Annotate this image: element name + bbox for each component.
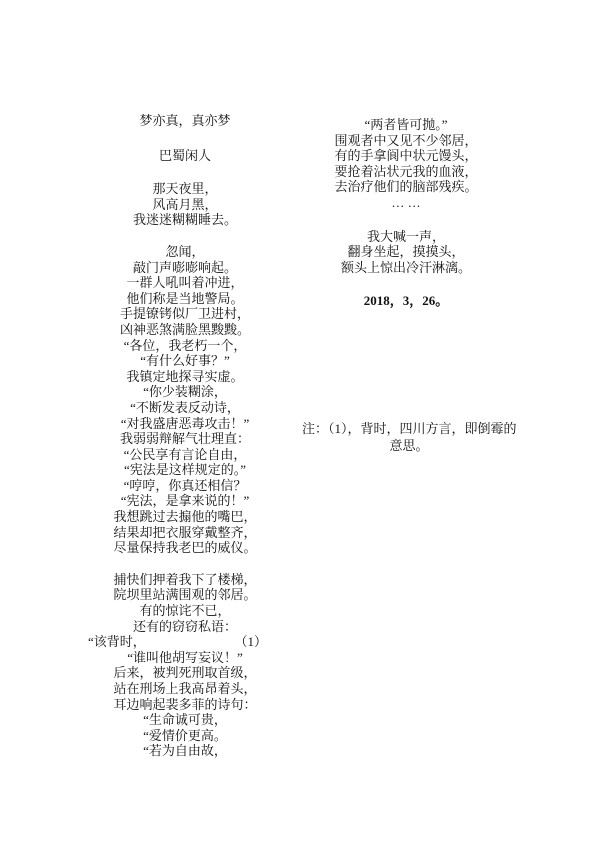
poem-line: 风高月黑， (60, 197, 310, 213)
poem-right-column: “两者皆可抛。”围观者中又见不少邻居，有的手拿阆中状元馒头，要抢着沾状元我的血液… (300, 117, 512, 309)
poem-line: 敲门声嘭嘭响起。 (60, 260, 310, 276)
poem-line: 翻身坐起，摸摸头， (300, 244, 512, 260)
stanza-3-part-b: “谁叫他胡写妄议！”后来，被判死刑取首级，站在刑场上我高昂着头，耳边响起裴多菲的… (60, 650, 310, 759)
document-page: 梦亦真，真亦梦 巴蜀闲人 那天夜里，风高月黑，我迷迷糊糊睡去。 忽闻，敲门声嘭嘭… (0, 0, 600, 849)
poem-line: 有的惊诧不已， (60, 603, 310, 619)
poem-line: “两者皆可抛。” (300, 117, 512, 133)
poem-line: 后来，被判死刑取首级， (60, 665, 310, 681)
poem-line: 站在刑场上我高昂着头， (60, 681, 310, 697)
footnote-line-1: 注：（1），背时，四川方言，即倒霉的 (302, 420, 516, 437)
footnote-ref-line: “该背时， （1） (60, 634, 310, 650)
poem-line: “你少装糊涂， (60, 384, 310, 400)
stanza-2: 忽闻，敲门声嘭嘭响起。一群人吼叫着冲进，他们称是当地警局。手提镣铐似厂卫进村，凶… (60, 244, 310, 556)
poem-line: 围观者中又见不少邻居， (300, 133, 512, 149)
poem-line: 去治疗他们的脑部残疾。 (300, 179, 512, 195)
poem-line: 结果却把衣服穿戴整齐， (60, 525, 310, 541)
poem-line: 要抢着沾状元我的血液， (300, 164, 512, 180)
poem-line: 他们称是当地警局。 (60, 291, 310, 307)
poem-line: “公民享有言论自由， (60, 447, 310, 463)
poem-line: 还有的窃窃私语： (60, 619, 310, 635)
poem-line: 我想跳过去搧他的嘴巴， (60, 509, 310, 525)
poem-author: 巴蜀闲人 (60, 148, 310, 164)
footnote-ref-text: “该背时， (88, 634, 146, 650)
poem-line: “各位，我老朽一个， (60, 338, 310, 354)
stanza-4: “两者皆可抛。”围观者中又见不少邻居，有的手拿阆中状元馒头，要抢着沾状元我的血液… (300, 117, 512, 211)
poem-title: 梦亦真，真亦梦 (60, 113, 310, 129)
stanza-3: 捕快们押着我下了楼梯，院坝里站满围观的邻居。有的惊诧不已，还有的窃窃私语： “该… (60, 572, 310, 759)
poem-line: 耳边响起裴多菲的诗句： (60, 697, 310, 713)
poem-line: “有什么好事？” (60, 353, 310, 369)
poem-line: … … (300, 195, 512, 211)
poem-line: “哼哼，你真还相信？ (60, 478, 310, 494)
stanza-1: 那天夜里，风高月黑，我迷迷糊糊睡去。 (60, 181, 310, 228)
poem-line: 捕快们押着我下了楼梯， (60, 572, 310, 588)
poem-line: “宪法，是拿来说的！” (60, 493, 310, 509)
poem-date: 2018，3，26。 (300, 293, 512, 309)
poem-line: 我镇定地探寻实虚。 (60, 369, 310, 385)
poem-line: “宪法是这样规定的。” (60, 462, 310, 478)
poem-line: 我迷迷糊糊睡去。 (60, 212, 310, 228)
poem-line: 我大喊一声， (300, 229, 512, 245)
poem-line: “若为自由故， (60, 743, 310, 759)
stanza-5: 我大喊一声，翻身坐起，摸摸头，额头上惊出冷汗淋漓。 (300, 229, 512, 276)
poem-line: 忽闻， (60, 244, 310, 260)
poem-line: “谁叫他胡写妄议！” (60, 650, 310, 666)
poem-line: 一群人吼叫着冲进， (60, 275, 310, 291)
footnote-ref-number: （1） (234, 634, 267, 650)
footnote-line-2: 意思。 (302, 437, 516, 454)
poem-left-column: 梦亦真，真亦梦 巴蜀闲人 那天夜里，风高月黑，我迷迷糊糊睡去。 忽闻，敲门声嘭嘭… (60, 113, 310, 775)
poem-line: 手提镣铐似厂卫进村， (60, 306, 310, 322)
poem-line: 院坝里站满围观的邻居。 (60, 587, 310, 603)
poem-line: 额头上惊出冷汗淋漓。 (300, 260, 512, 276)
poem-line: “生命诚可贵， (60, 712, 310, 728)
poem-line: “对我盛唐恶毒攻击！” (60, 416, 310, 432)
poem-line: “爱情价更高。 (60, 728, 310, 744)
poem-line: 尽量保持我老巴的威仪。 (60, 540, 310, 556)
poem-line: 那天夜里， (60, 181, 310, 197)
poem-line: “不断发表反动诗， (60, 400, 310, 416)
poem-line: 凶神恶煞满脸黑黢黢。 (60, 322, 310, 338)
poem-line: 有的手拿阆中状元馒头， (300, 148, 512, 164)
stanza-3-part-a: 捕快们押着我下了楼梯，院坝里站满围观的邻居。有的惊诧不已，还有的窃窃私语： (60, 572, 310, 634)
poem-line: 我弱弱辩解气壮理直： (60, 431, 310, 447)
footnote: 注：（1），背时，四川方言，即倒霉的 意思。 (302, 420, 516, 454)
